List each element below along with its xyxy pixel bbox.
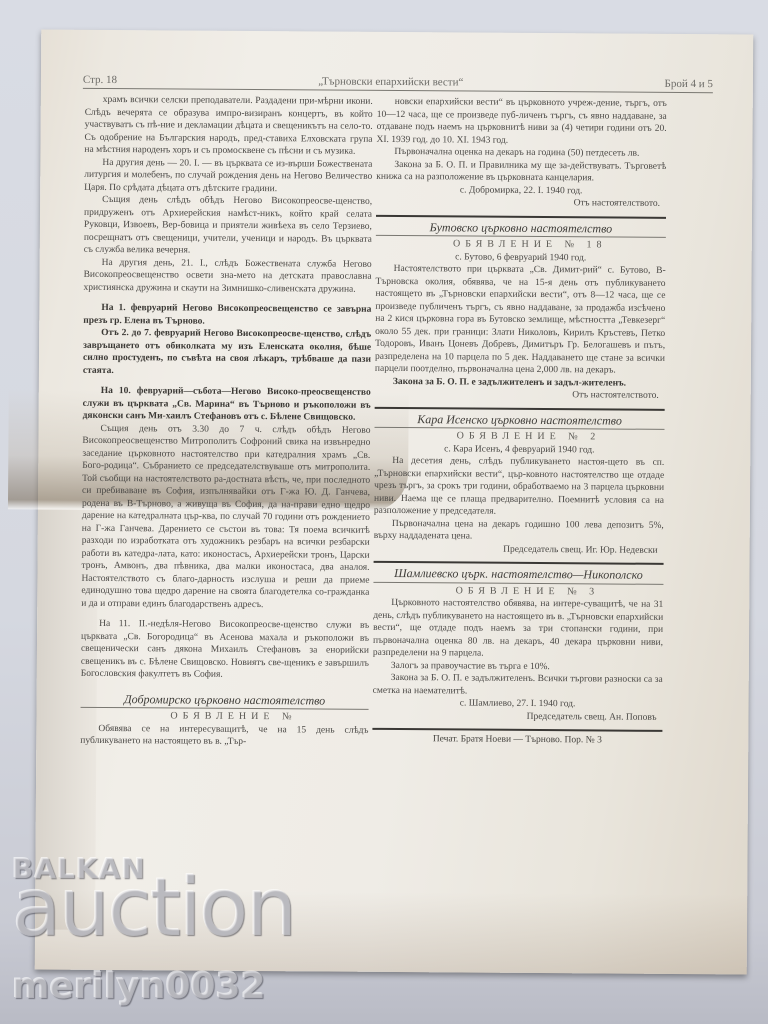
paragraph: На другия день — 20. I. — въ църквата се… xyxy=(84,156,372,196)
page-header: Стр. 18 „Търновски епархийски вести“ Бро… xyxy=(83,68,713,93)
page-number: Стр. 18 xyxy=(83,74,117,86)
notice-text: Настоятелството при църквата „Св. Димит-… xyxy=(375,263,666,378)
issue-number: Брой 4 и 5 xyxy=(665,78,713,90)
divider xyxy=(375,406,665,410)
paragraph: На 11. II.-недѣля-Негово Високопреосве-щ… xyxy=(81,618,369,683)
signature: Председатель свещ. Иг. Юр. Недевски xyxy=(374,542,664,557)
notice-law: Закона за Б. О. П. е задължителенъ. Всич… xyxy=(373,672,663,699)
notice-text: На десетия день, слѣдъ публикуването нас… xyxy=(374,455,664,520)
paragraph-bold: На 1. февруарий Негово Високопреосвещенс… xyxy=(83,302,371,329)
paragraph: Същия день отъ 3.30 до 7 ч. слѣдъ обѣдъ … xyxy=(81,422,370,612)
right-column: новски епархийски вести“ въ църковното у… xyxy=(372,96,667,748)
watermark-username: merilyn0032 xyxy=(12,966,266,1007)
notice-price: Първоначална цена на декаръ годишно 100 … xyxy=(374,517,664,544)
watermark-brand-main: auction xyxy=(12,868,295,948)
signature: Отъ настоятелството. xyxy=(376,196,666,211)
paragraph: Същия день слѣдъ обѣдъ Негово Високопрео… xyxy=(84,194,372,259)
section-title: Добромирско църковно настоятелство xyxy=(81,692,369,710)
paragraph: новски епархийски вести“ въ църковното у… xyxy=(376,96,666,148)
paragraph: Закона за Б. О. П. и Правилника му ще за… xyxy=(376,158,666,185)
signature: Отъ настоятелството. xyxy=(375,388,665,403)
section-title: Шамлиевско църк. настоятелство—Никополск… xyxy=(373,567,663,585)
notice-text: Църковното настоятелство обявява, на инт… xyxy=(373,597,663,662)
newspaper-title: „Търновски епархийски вести“ xyxy=(318,75,463,88)
newspaper-page: Стр. 18 „Търновски епархийски вести“ Бро… xyxy=(35,30,754,975)
printer-footer: Печат. Братя Ноеви — Търново. Пор. № 3 xyxy=(372,728,662,748)
divider xyxy=(376,214,666,218)
paragraph: храмъ всички селски преподаватели. Разда… xyxy=(84,94,372,159)
paragraph-bold: Отъ 2. до 7. февруарий Негово Високопрео… xyxy=(83,327,371,379)
divider xyxy=(374,561,664,565)
section-title: Бутовско църковно настоятелство xyxy=(376,220,666,238)
paragraph: На другия день, 21. I., слѣдъ Божествена… xyxy=(83,256,371,296)
notice-text: Обявява се на интересуващитѣ, че на 15 д… xyxy=(80,722,368,749)
left-column: храмъ всички селски преподаватели. Разда… xyxy=(80,94,373,749)
section-title: Кара Исенско църковно настоятелство xyxy=(375,412,665,430)
signature: Председатель свещ. Ан. Поповъ xyxy=(372,709,662,724)
notice-law: Закона за Б. О. П. е задължителенъ и зад… xyxy=(375,375,665,390)
paragraph-bold: На 10. февруарий—събота—Негово Високо-пр… xyxy=(83,385,371,425)
